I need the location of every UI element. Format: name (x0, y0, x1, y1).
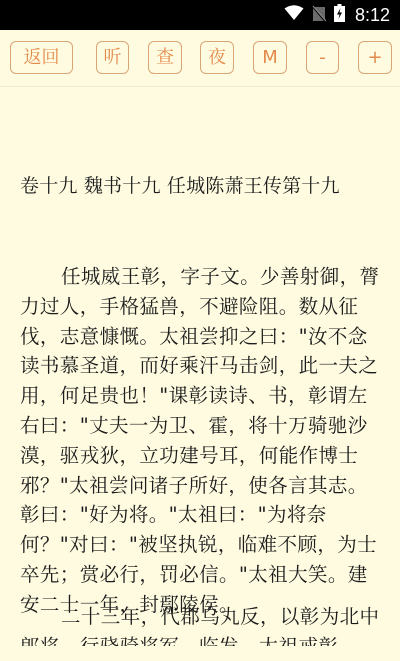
status-time: 8:12 (355, 5, 390, 26)
back-button[interactable]: 返回 (10, 41, 73, 74)
text-line: 何？"对曰："被坚执锐，临难不顾，为士 (20, 530, 390, 560)
font-increase-button[interactable]: + (358, 41, 392, 74)
text-line: 漠，驱戎狄，立功建号耳，何能作博士 (20, 441, 390, 471)
status-bar: 8:12 (0, 0, 400, 30)
text-line: 力过人，手格猛兽，不避险阻。数从征 (20, 292, 390, 322)
reader-toolbar: 返回 听 查 夜 M - + (0, 30, 400, 87)
text-line: 郎将，行骁骑将军，临发，太祖戒彰 (20, 632, 390, 646)
listen-button[interactable]: 听 (96, 41, 129, 74)
text-line: 读书慕圣道，而好乘汗马击剑，此一夫之 (20, 351, 390, 381)
menu-button[interactable]: M (253, 41, 287, 74)
text-line: 卒先；赏必行，罚必信。"太祖大笑。建 (20, 560, 390, 590)
text-line: 彰曰："好为将。"太祖曰："为将奈 (20, 500, 390, 530)
no-sim-icon (312, 5, 326, 26)
reading-content[interactable]: 卷十九 魏书十九 任城陈萧王传第十九 任城威王彰，字子文。少善射御，膂 力过人，… (0, 87, 400, 646)
paragraph: 任城威王彰，字子文。少善射御，膂 力过人，手格猛兽，不避险阻。数从征 伐，志意慷… (20, 262, 390, 620)
night-mode-button[interactable]: 夜 (200, 41, 234, 74)
text-line: 邪？"太祖尝问诸子所好，使各言其志。 (20, 471, 390, 501)
font-decrease-button[interactable]: - (306, 41, 339, 74)
text-line: 伐，志意慷慨。太祖尝抑之曰："汝不念 (20, 322, 390, 352)
text-line: 二十三年，代郡乌丸反，以彰为北中 (20, 602, 390, 632)
paragraph: 二十三年，代郡乌丸反，以彰为北中 郎将，行骁骑将军，临发，太祖戒彰 (20, 602, 390, 646)
lookup-button[interactable]: 查 (148, 41, 182, 74)
chapter-title: 卷十九 魏书十九 任城陈萧王传第十九 (20, 173, 340, 199)
text-line: 用，何足贵也！"课彰读诗、书，彰谓左 (20, 381, 390, 411)
battery-charging-icon (334, 4, 345, 26)
text-line: 任城威王彰，字子文。少善射御，膂 (20, 262, 390, 292)
wifi-icon (284, 5, 304, 25)
text-line: 右曰："丈夫一为卫、霍，将十万骑驰沙 (20, 411, 390, 441)
status-icons: 8:12 (284, 0, 390, 30)
